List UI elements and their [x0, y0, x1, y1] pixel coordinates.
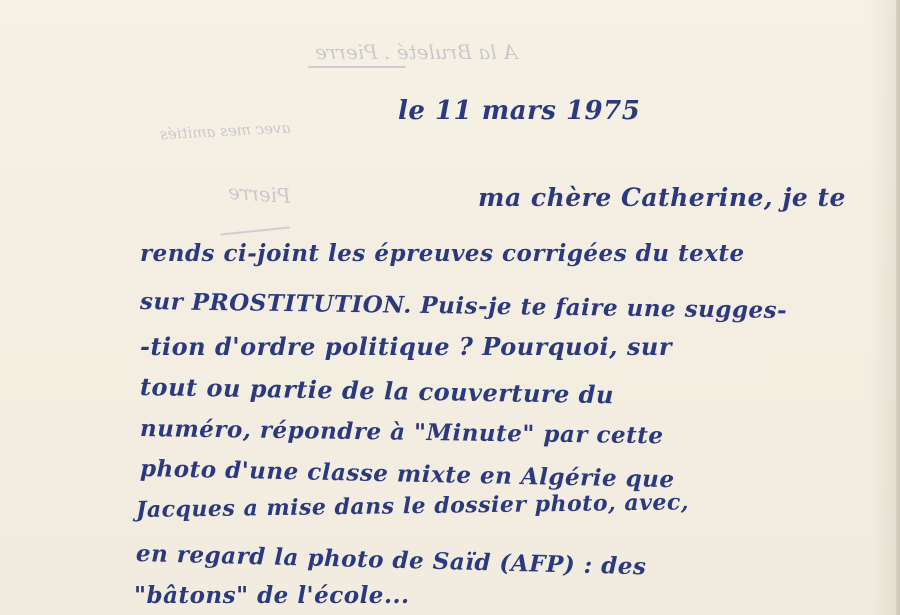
letter-line-1: rends ci-joint les épreuves corrigées du… — [140, 240, 745, 267]
letter-line-9: "bâtons" de l'école... — [134, 582, 409, 609]
letter-line-3: -tion d'ordre politique ? Pourquoi, sur — [140, 332, 672, 361]
paper-edge — [896, 0, 900, 615]
show-through-top-line: A la Bruleté . Pierre — [315, 40, 517, 64]
show-through-signature: Pierre — [227, 180, 291, 208]
show-through-underline — [308, 66, 406, 68]
letter-salutation: ma chère Catherine, je te — [478, 183, 846, 212]
letter-date: le 11 mars 1975 — [398, 96, 640, 126]
